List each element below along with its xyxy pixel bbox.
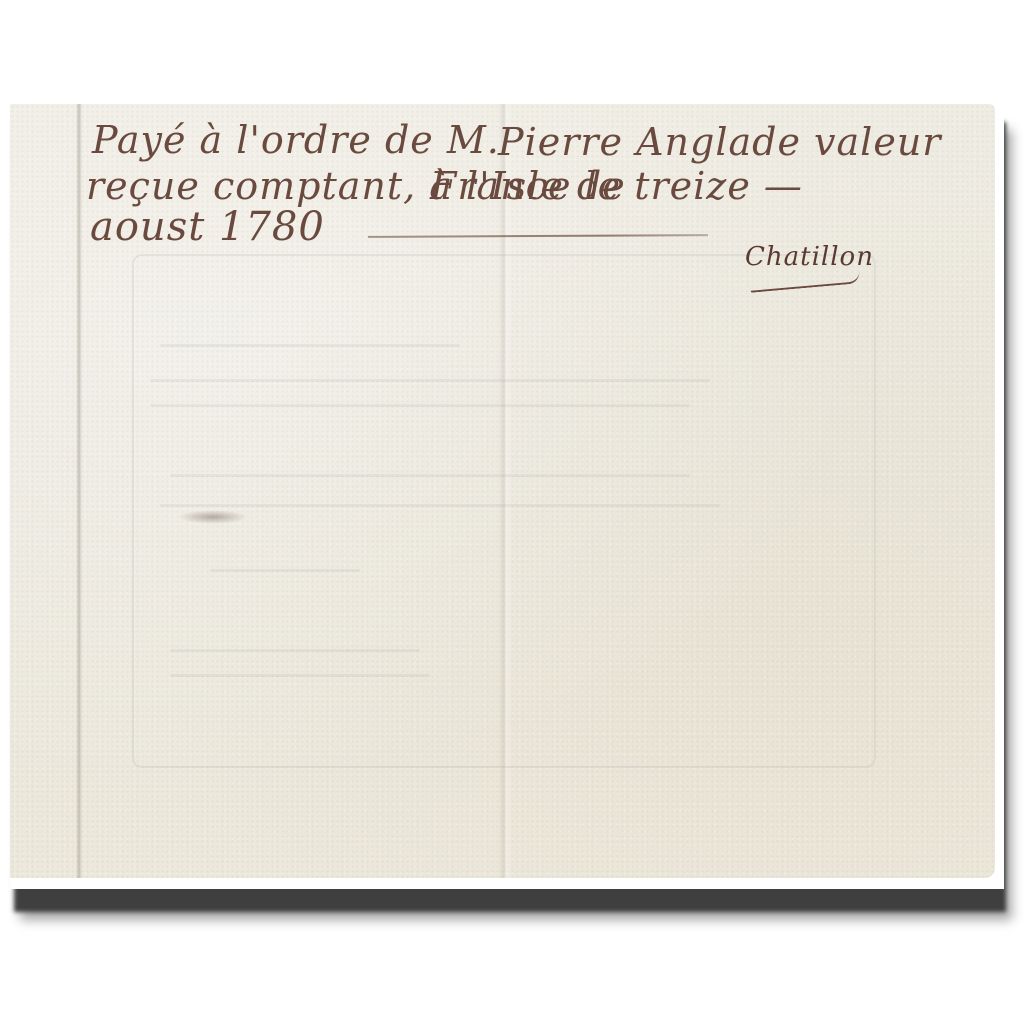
printed-text-showthrough [210,569,360,572]
date-rule-line [368,234,708,238]
printed-text-showthrough [170,474,690,477]
endorsement-line2-end: France le treize — [430,164,803,208]
printed-text-showthrough [150,379,710,382]
endorsement-line1-end: Pierre Anglade valeur [498,120,941,164]
endorsement-line1-start: Payé à l'ordre de M. [92,118,500,162]
printed-text-showthrough [160,344,460,347]
printed-text-showthrough [160,504,720,507]
left-fold-crease [76,104,82,878]
printed-text-showthrough [170,649,420,652]
printed-text-showthrough [150,404,690,407]
printed-text-showthrough [170,674,430,677]
endorsement-date: aoust 1780 [90,204,325,250]
image-stage: Payé à l'ordre de M. Pierre Anglade vale… [0,0,1024,1024]
document-paper: Payé à l'ordre de M. Pierre Anglade vale… [10,104,995,878]
ink-stain [178,510,248,524]
signature: Chatillon [745,242,874,272]
